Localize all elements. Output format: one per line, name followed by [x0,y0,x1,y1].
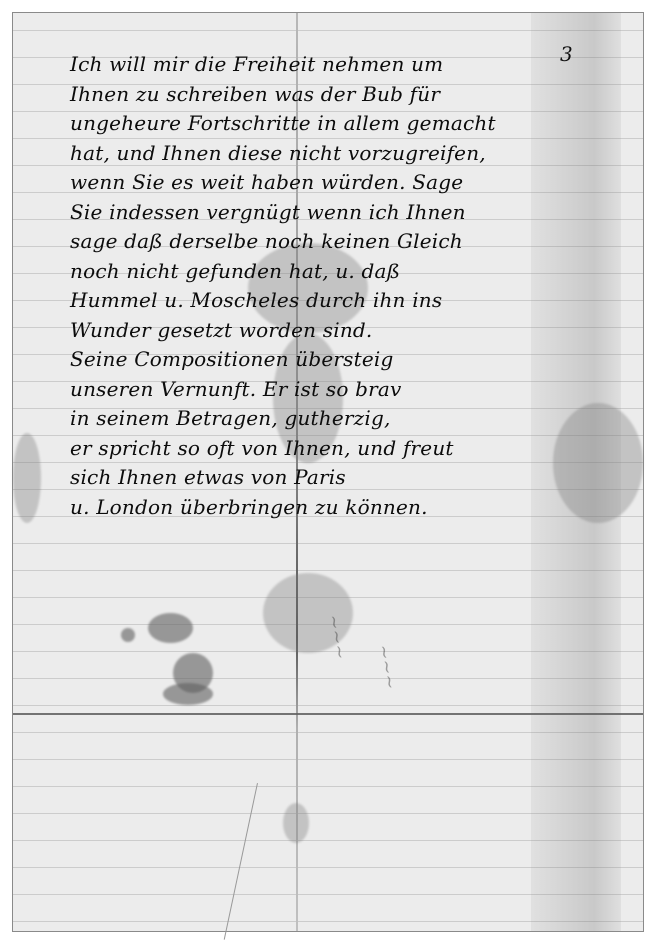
horizontal-fold-crease [13,713,643,715]
ink-stain [163,683,213,705]
text-line: unseren Vernunft. Er ist so brav [70,375,630,405]
text-line: in seinem Betragen, gutherzig, [70,404,630,434]
water-stain [283,803,309,843]
text-line: sage daß derselbe noch keinen Gleich [70,227,630,257]
text-line: er spricht so oft von Ihnen, und freut [70,434,630,464]
text-line: hat, und Ihnen diese nicht vorzugreifen, [70,139,630,169]
text-line: Wunder gesetzt worden sind. [70,316,630,346]
handwritten-text: Ich will mir die Freiheit nehmen um Ihne… [70,50,630,522]
text-line: noch nicht gefunden hat, u. daß [70,257,630,287]
text-line: ungeheure Fortschritte in allem gemacht [70,109,630,139]
text-line: Hummel u. Moscheles durch ihn ins [70,286,630,316]
text-line: wenn Sie es weit haben würden. Sage [70,168,630,198]
water-stain [13,433,41,523]
text-line: Seine Compositionen übersteig [70,345,630,375]
ink-stain [121,628,135,642]
text-line: u. London überbringen zu können. [70,493,630,523]
text-line: Sie indessen vergnügt wenn ich Ihnen [70,198,630,228]
text-line: sich Ihnen etwas von Paris [70,463,630,493]
text-line: Ich will mir die Freiheit nehmen um [70,50,630,80]
ink-stain [148,613,193,643]
text-line: Ihnen zu schreiben was der Bub für [70,80,630,110]
